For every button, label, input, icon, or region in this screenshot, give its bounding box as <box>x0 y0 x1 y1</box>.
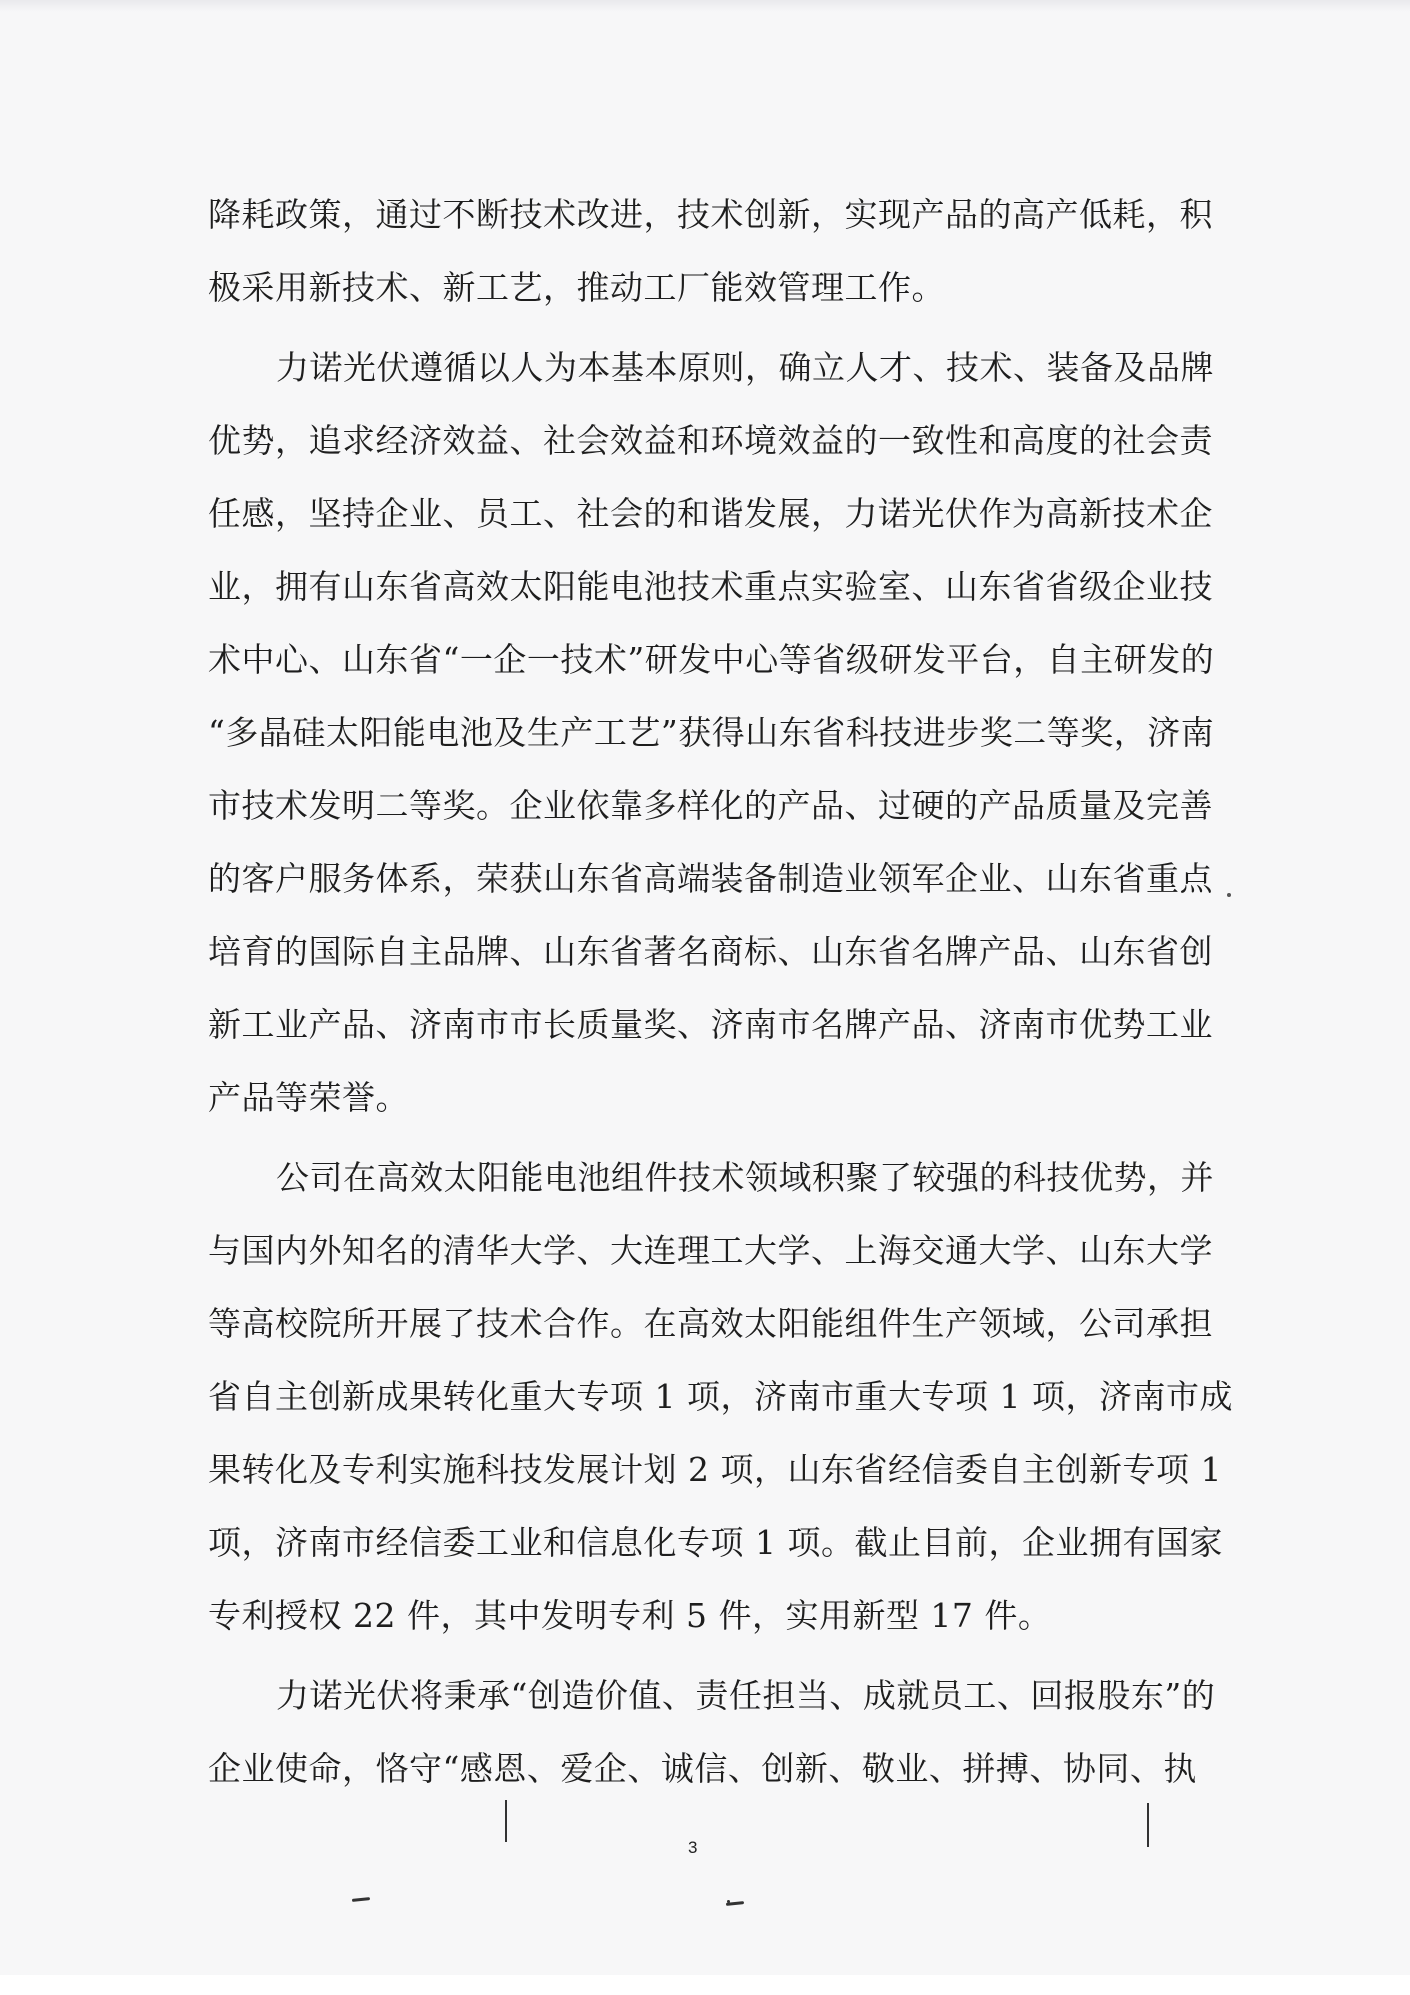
text-line: 培育的国际自主品牌、山东省著名商标、山东省名牌产品、山东省创 <box>208 929 1198 1002</box>
text-line: 优势，追求经济效益、社会效益和环境效益的一致性和高度的社会责 <box>208 418 1198 491</box>
crop-mark-left-vertical <box>505 1800 507 1842</box>
text-line: 省自主创新成果转化重大专项 1 项，济南市重大专项 1 项，济南市成 <box>208 1374 1198 1447</box>
text-line: 降耗政策，通过不断技术改进，技术创新，实现产品的高产低耗，积 <box>208 192 1198 265</box>
text-line: 极采用新技术、新工艺，推动工厂能效管理工作。 <box>208 265 1198 338</box>
page-number: 3 <box>688 1838 697 1858</box>
text-line: 的客户服务体系，荣获山东省高端装备制造业领军企业、山东省重点 <box>208 856 1198 929</box>
text-line: 业，拥有山东省高效太阳能电池技术重点实验室、山东省省级企业技 <box>208 564 1198 637</box>
scan-edge-bottom <box>0 1975 1410 1995</box>
text-line: 等高校院所开展了技术合作。在高效太阳能组件生产领域，公司承担 <box>208 1301 1198 1374</box>
text-line: 与国内外知名的清华大学、大连理工大学、上海交通大学、山东大学 <box>208 1228 1198 1301</box>
text-line: 新工业产品、济南市市长质量奖、济南市名牌产品、济南市优势工业 <box>208 1002 1198 1075</box>
scan-edge-top <box>0 0 1410 12</box>
crop-mark-right-vertical <box>1147 1803 1149 1847</box>
text-line: 任感，坚持企业、员工、社会的和谐发展，力诺光伏作为高新技术企 <box>208 491 1198 564</box>
text-line: 产品等荣誉。 <box>208 1075 1198 1148</box>
paragraph-start-line: 力诺光伏将秉承“创造价值、责任担当、成就员工、回报股东”的 <box>208 1673 1198 1746</box>
text-line: “多晶硅太阳能电池及生产工艺”获得山东省科技进步奖二等奖，济南 <box>208 710 1198 783</box>
text-line: 市技术发明二等奖。企业依靠多样化的产品、过硬的产品质量及完善 <box>208 783 1198 856</box>
paragraph-start-line: 力诺光伏遵循以人为本基本原则，确立人才、技术、装备及品牌 <box>208 345 1198 418</box>
document-body: 降耗政策，通过不断技术改进，技术创新，实现产品的高产低耗，积 极采用新技术、新工… <box>208 192 1198 1819</box>
text-line: 术中心、山东省“一企一技术”研发中心等省级研发平台，自主研发的 <box>208 637 1198 710</box>
text-line: 企业使命，恪守“感恩、爱企、诚信、创新、敬业、拼搏、协同、执 <box>208 1746 1198 1819</box>
scan-speck <box>1227 893 1231 897</box>
text-line: 果转化及专利实施科技发展计划 2 项，山东省经信委自主创新专项 1 <box>208 1447 1198 1520</box>
text-line: 项，济南市经信委工业和信息化专项 1 项。截止目前，企业拥有国家 <box>208 1520 1198 1593</box>
crop-mark-left-horizontal <box>352 1897 370 1902</box>
paragraph-start-line: 公司在高效太阳能电池组件技术领域积聚了较强的科技优势，并 <box>208 1155 1198 1228</box>
text-line: 专利授权 22 件，其中发明专利 5 件，实用新型 17 件。 <box>208 1593 1198 1666</box>
crop-mark-right-horizontal <box>726 1901 744 1906</box>
